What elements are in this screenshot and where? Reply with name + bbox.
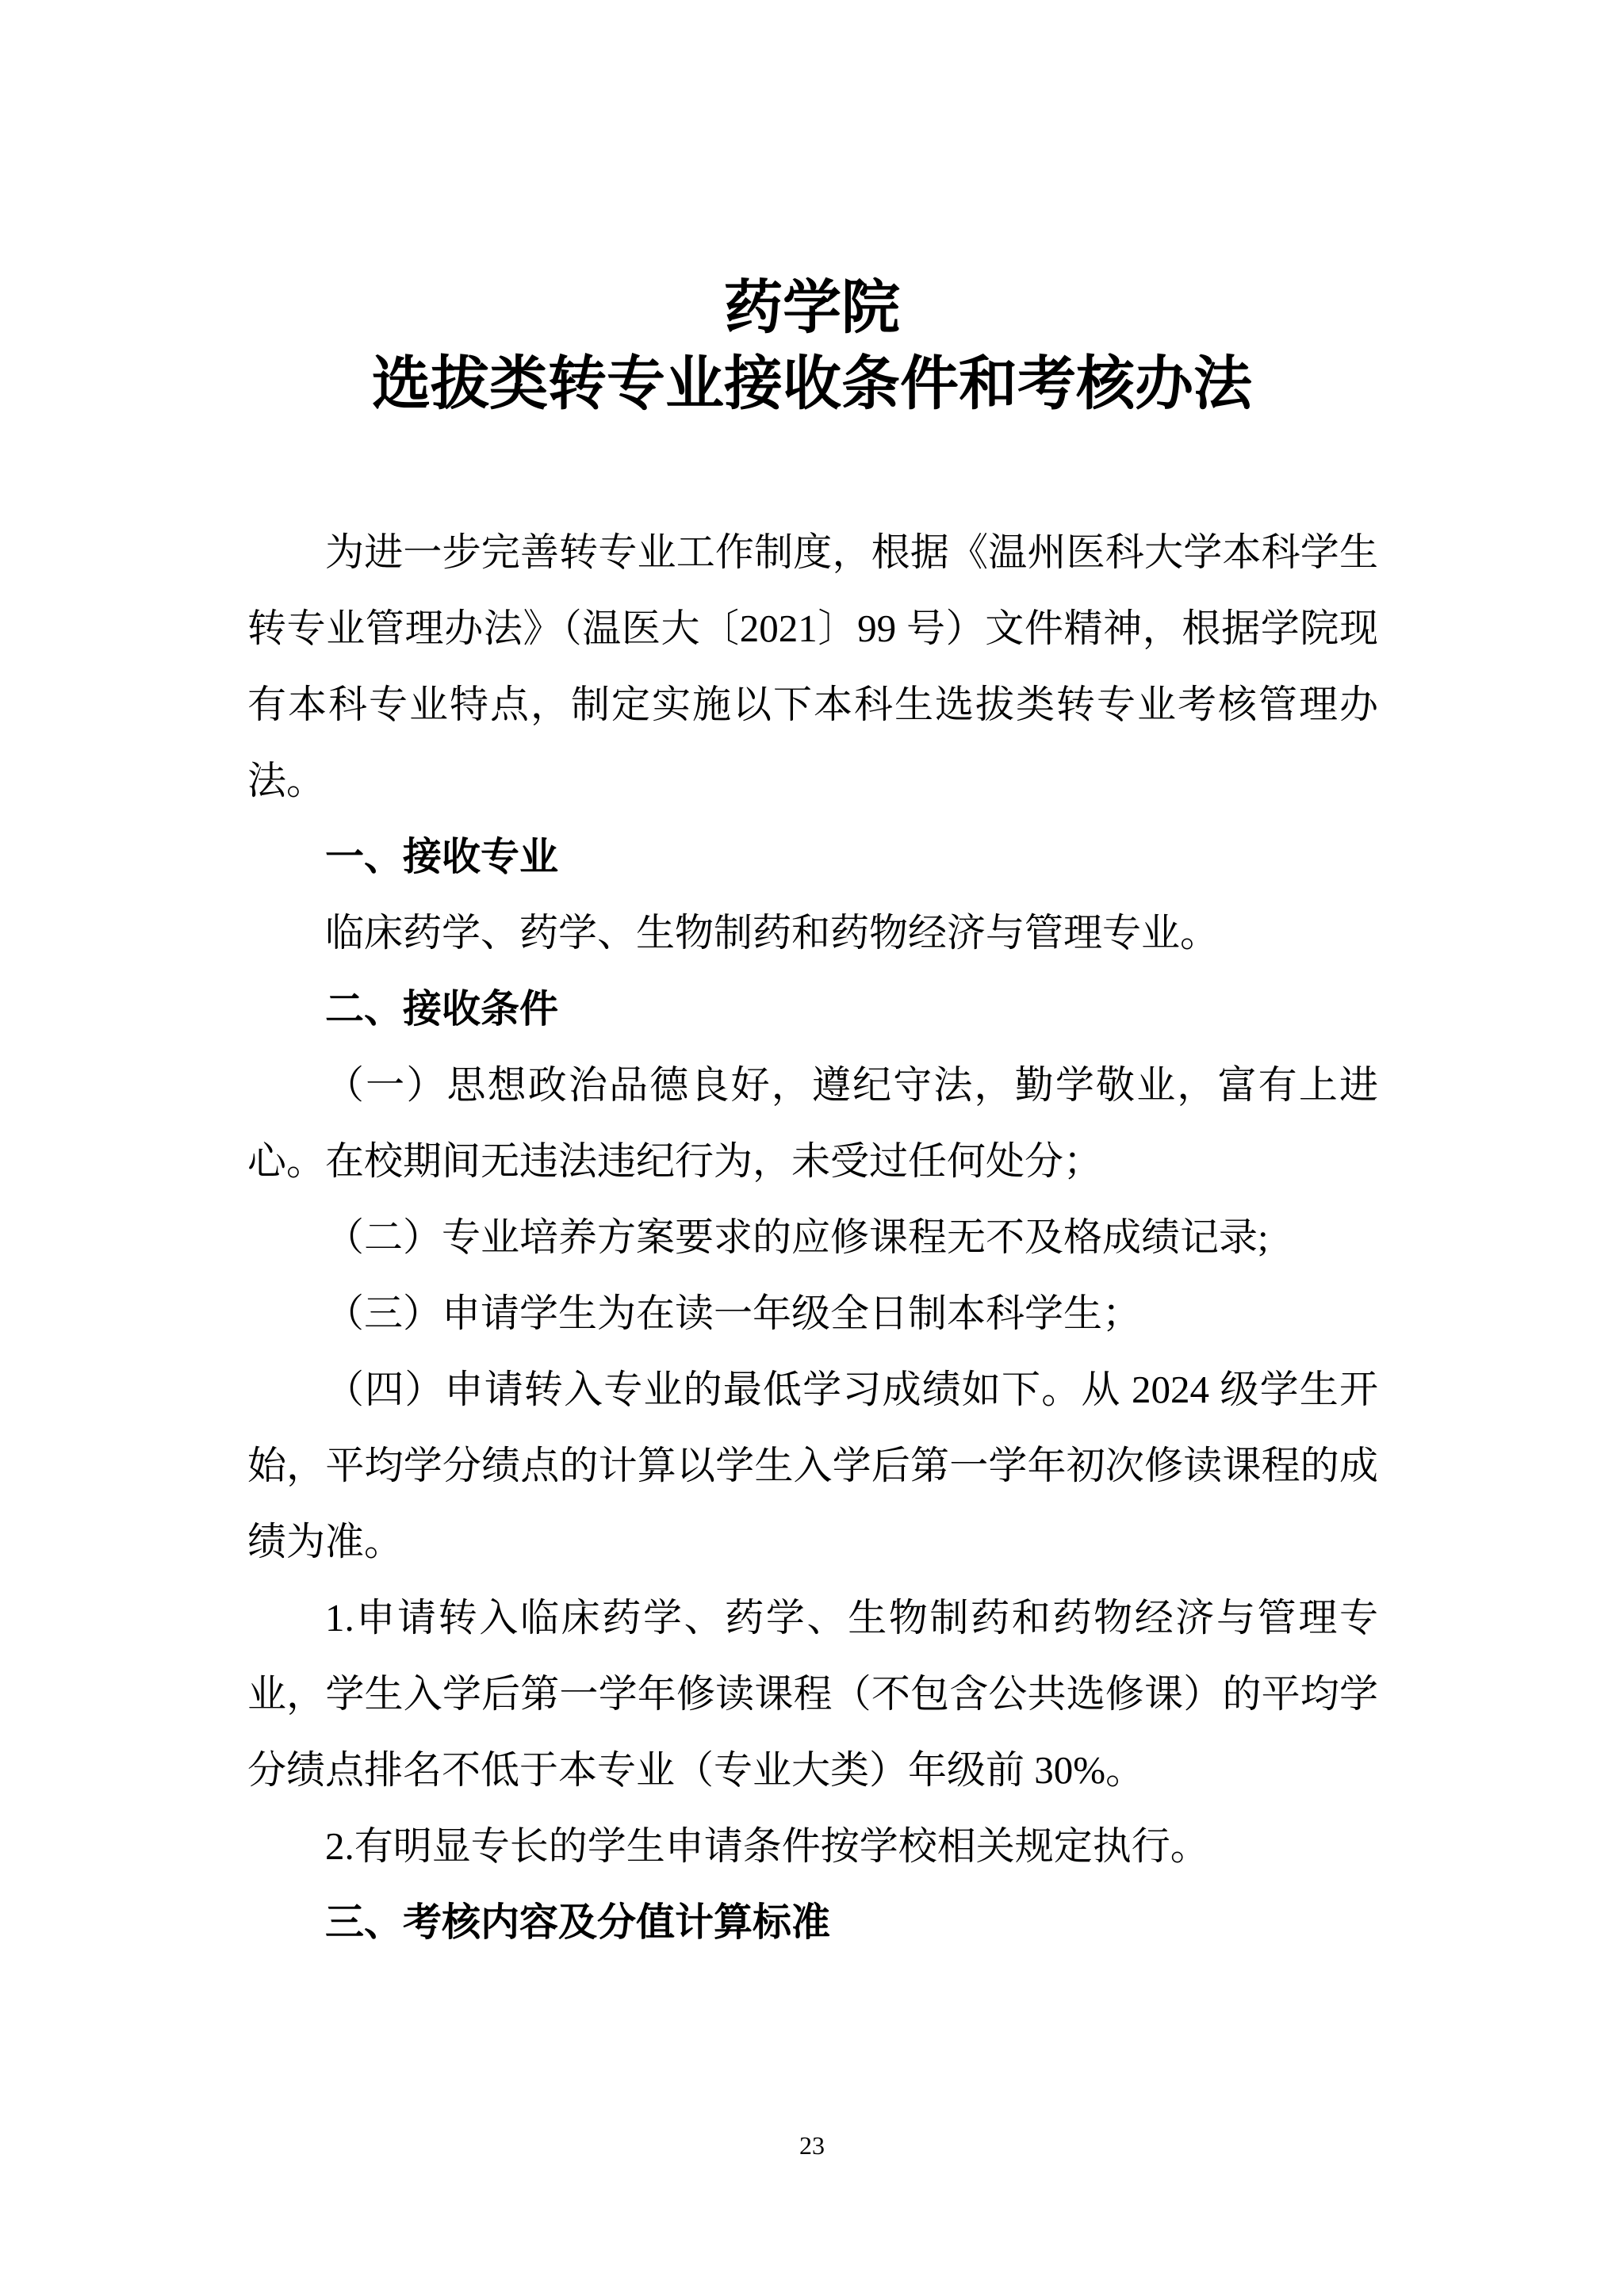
section-heading-2: 二、接收条件 [247,971,1378,1047]
condition-4-item-1-paragraph: 1.申请转入临床药学、药学、生物制药和药物经济与管理专业，学生入学后第一学年修读… [247,1580,1378,1808]
condition-2-paragraph: （二）专业培养方案要求的应修课程无不及格成绩记录; [247,1200,1378,1276]
document-title-line1: 药学院 [0,270,1624,346]
intro-paragraph: 为进一步完善转专业工作制度，根据《温州医科大学本科学生转专业管理办法》（温医大〔… [247,515,1378,819]
document-title-line2: 选拔类转专业接收条件和考核办法 [0,346,1624,423]
condition-3-paragraph: （三）申请学生为在读一年级全日制本科学生； [247,1276,1378,1352]
condition-4-paragraph: （四）申请转入专业的最低学习成绩如下。从 2024 级学生开始，平均学分绩点的计… [247,1352,1378,1580]
condition-1-paragraph: （一）思想政治品德良好，遵纪守法，勤学敬业，富有上进心。在校期间无违法违纪行为，… [247,1047,1378,1200]
page-number: 23 [0,2131,1624,2160]
section-heading-3: 三、考核内容及分值计算标准 [247,1885,1378,1961]
section-1-text: 临床药学、药学、生物制药和药物经济与管理专业。 [247,895,1378,971]
document-page: 药学院 选拔类转专业接收条件和考核办法 为进一步完善转专业工作制度，根据《温州医… [0,0,1624,2296]
section-heading-1: 一、接收专业 [247,819,1378,895]
document-title: 药学院 选拔类转专业接收条件和考核办法 [0,270,1624,423]
condition-4-item-2-paragraph: 2.有明显专长的学生申请条件按学校相关规定执行。 [247,1808,1378,1885]
document-body: 为进一步完善转专业工作制度，根据《温州医科大学本科学生转专业管理办法》（温医大〔… [247,515,1378,1961]
